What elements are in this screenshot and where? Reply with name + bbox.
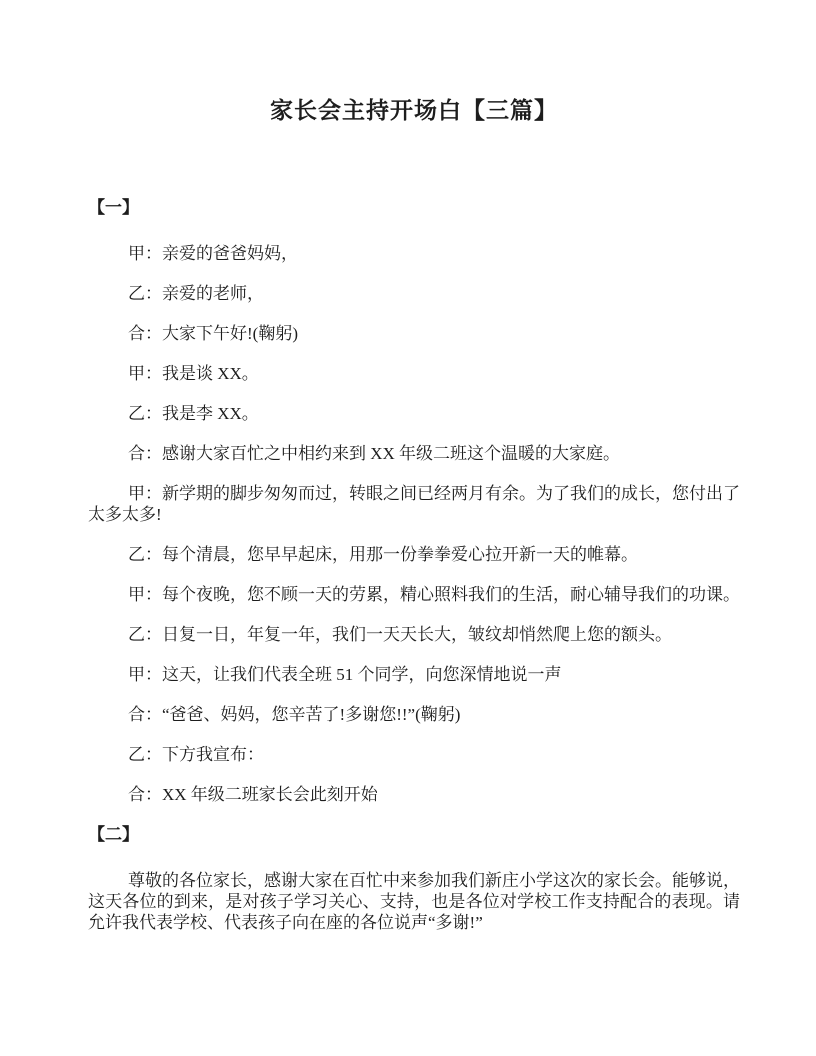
section-two: 【二】 尊敬的各位家长，感谢大家在百忙中来参加我们新庄小学这次的家长会。能够说，… [88, 824, 740, 933]
dialogue-line: 合：大家下午好!(鞠躬) [88, 323, 740, 344]
section-one-marker: 【一】 [88, 197, 740, 218]
dialogue-line: 甲：我是谈 XX。 [88, 363, 740, 384]
document-page: 家长会主持开场白【三篇】 【一】 甲：亲爱的爸爸妈妈， 乙：亲爱的老师， 合：大… [0, 0, 816, 1056]
dialogue-line: 甲：亲爱的爸爸妈妈， [88, 243, 740, 264]
dialogue-line: 甲：新学期的脚步匆匆而过，转眼之间已经两月有余。为了我们的成长，您付出了太多太多… [88, 483, 740, 525]
dialogue-line: 乙：下方我宣布： [88, 744, 740, 765]
dialogue-line: 甲：每个夜晚，您不顾一天的劳累，精心照料我们的生活，耐心辅导我们的功课。 [88, 584, 740, 605]
body-paragraph: 尊敬的各位家长，感谢大家在百忙中来参加我们新庄小学这次的家长会。能够说，这天各位… [88, 870, 740, 933]
dialogue-line: 乙：我是李 XX。 [88, 403, 740, 424]
dialogue-line: 甲：这天，让我们代表全班 51 个同学，向您深情地说一声 [88, 664, 740, 685]
section-two-marker: 【二】 [88, 824, 740, 845]
dialogue-line: 乙：每个清晨，您早早起床，用那一份拳拳爱心拉开新一天的帷幕。 [88, 544, 740, 565]
section-one: 【一】 甲：亲爱的爸爸妈妈， 乙：亲爱的老师， 合：大家下午好!(鞠躬) 甲：我… [88, 197, 740, 805]
dialogue-line: 乙：亲爱的老师， [88, 283, 740, 304]
doc-title: 家长会主持开场白【三篇】 [88, 97, 740, 125]
dialogue-line: 乙：日复一日，年复一年，我们一天天长大，皱纹却悄然爬上您的额头。 [88, 624, 740, 645]
dialogue-line: 合：感谢大家百忙之中相约来到 XX 年级二班这个温暖的大家庭。 [88, 443, 740, 464]
dialogue-line: 合：XX 年级二班家长会此刻开始 [88, 784, 740, 805]
dialogue-line: 合：“爸爸、妈妈，您辛苦了!多谢您!!”(鞠躬) [88, 704, 740, 725]
